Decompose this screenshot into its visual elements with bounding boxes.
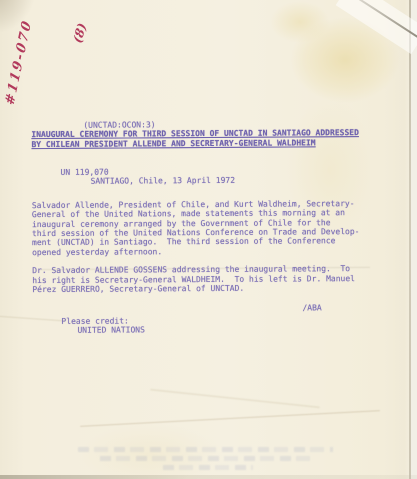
handwritten-note: (8) (71, 21, 89, 45)
ghost-text-line (163, 465, 253, 470)
ghost-text-line (78, 447, 333, 452)
caption-paragraph-photo-description: Dr. Salvador ALLENDE GOSSENS addressing … (32, 264, 382, 294)
paper-right-margin (411, 0, 417, 479)
caption-paragraph-statements: Salvador Allende, President of Chile, an… (32, 199, 382, 258)
paper-right-edge (409, 0, 411, 479)
headline-line-2: BY CHILEAN PRESIDENT ALLENDE AND SECRETA… (31, 138, 381, 150)
paper-crease (80, 410, 380, 427)
ghost-text-impression (78, 447, 333, 474)
credit-value: UNITED NATIONS (77, 326, 144, 335)
dateline: SANTIAGO, Chile, 13 April 1972 (91, 176, 236, 186)
paper-crease (150, 389, 319, 408)
photo-number: UN 119,070 (60, 167, 108, 176)
typed-caption-block: (UNCTAD:OCON:3) INAUGURAL CEREMONY FOR T… (31, 119, 382, 355)
credit-label: Please credit: (61, 316, 128, 325)
paper-bottom-edge (0, 475, 417, 479)
scanned-caption-sheet: #119-070 (8) (UNCTAD:OCON:3) INAUGURAL C… (0, 0, 417, 479)
credit-row: Please credit: UNITED NATIONS /ABA (32, 305, 382, 354)
writer-initials: /ABA (302, 303, 321, 313)
handwritten-photo-number: #119-070 (3, 16, 36, 109)
dateline-row: UN 119,070 SANTIAGO, Chile, 13 April 197… (32, 156, 382, 196)
ghost-text-line (100, 456, 315, 461)
